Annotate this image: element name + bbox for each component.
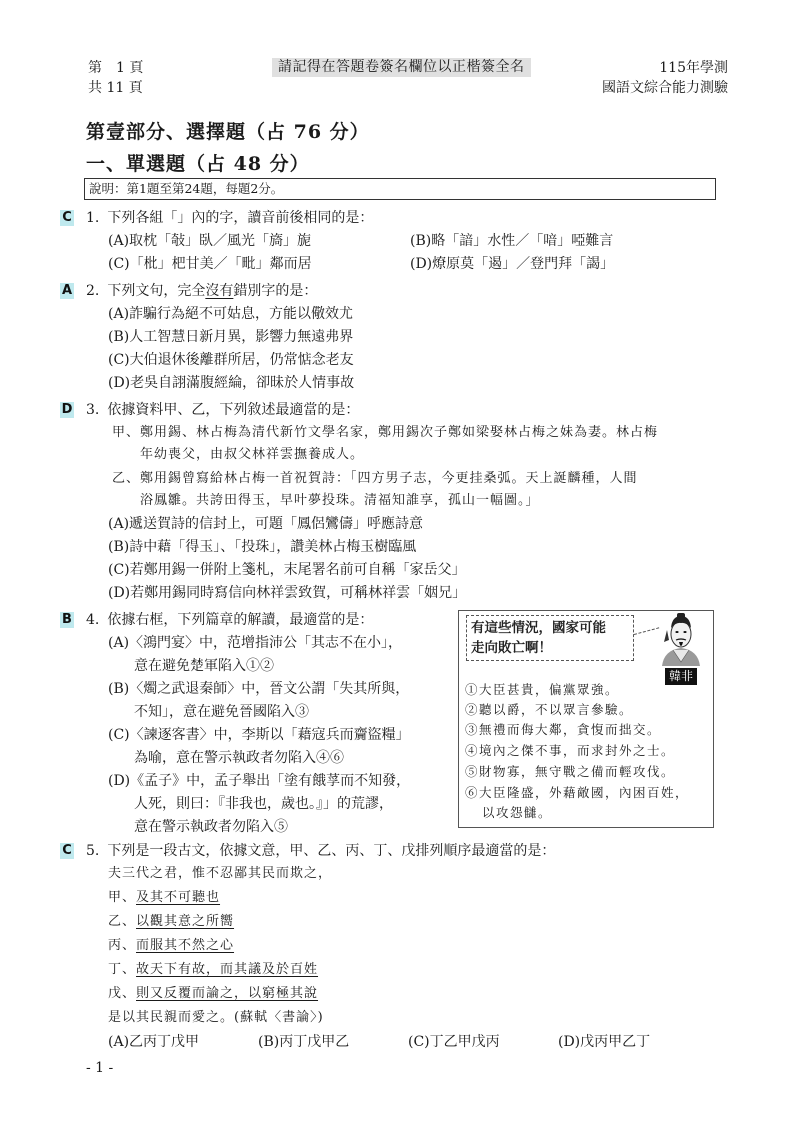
answer-badge: D: [60, 402, 74, 418]
question-2: A 2. 下列文句，完全沒有錯別字的是：: [60, 280, 317, 302]
material-jia-cont: 年幼喪父，由叔父林祥雲撫養成人。: [140, 444, 364, 466]
option-a: (A)詐騙行為絕不可姑息，方能以儆效尤: [108, 303, 353, 325]
question-stem: 下列各組「」內的字，讀音前後相同的是：: [107, 207, 373, 229]
option-b: (B)〈燭之武退秦師〉中，晉文公謂「失其所與，: [108, 678, 409, 700]
line-label: 丙、: [108, 938, 136, 953]
option-c-cont: 為喻，意在警示執政者勿陷入④⑥: [134, 747, 344, 769]
option-c: (C)「枇」杷甘美／「毗」鄰而居: [108, 253, 312, 275]
box-item-3: ③無禮而侮大鄰，貪愎而拙交。: [465, 720, 661, 740]
stem-text: 錯別字的是：: [233, 283, 317, 299]
line-label: 戊、: [108, 986, 136, 1001]
box-item-2: ②聽以爵，不以眾言參驗。: [465, 700, 633, 720]
option-d: (D)戊丙甲乙丁: [558, 1031, 650, 1053]
option-b: (B)詩中藉「得玉」、「投珠」，讚美林占梅玉樹臨風: [108, 536, 416, 558]
option-d: (D)《孟子》中，孟子舉出「塗有餓莩而不知發，: [108, 770, 410, 792]
passage-line-yi: 乙、以觀其意之所嚮: [108, 911, 234, 933]
section-title: 一、單選題（占 48 分）: [86, 149, 310, 176]
line-text: 及其不可聽也: [136, 890, 220, 905]
page-number: - 1 -: [86, 1060, 113, 1076]
box-item-5: ⑤財物寡，無守戰之備而輕攻伐。: [465, 762, 675, 782]
material-yi: 乙、鄭用錫曾寫給林占梅一首祝賀詩：「四方男子志，今更挂桑弧。天上誕麟種，人間: [112, 468, 638, 490]
line-text: 則又反覆而論之，以窮極其說: [136, 986, 318, 1001]
option-b: (B)略「諳」水性／「喑」啞難言: [410, 230, 613, 252]
question-stem: 依據右框，下列篇章的解讀，最適當的是：: [107, 609, 373, 631]
material-yi-cont: 浴鳳雛。共誇田得玉，早叶夢投珠。清福知誰享，孤山一幅圖。」: [140, 490, 540, 512]
total-pages-label: 共 11 頁: [88, 78, 143, 98]
part-title: 第壹部分、選擇題（占 76 分）: [86, 117, 370, 144]
question-number: 4.: [86, 609, 99, 631]
question-4: B 4. 依據右框，下列篇章的解讀，最適當的是：: [60, 609, 373, 631]
line-text: 以觀其意之所嚮: [136, 914, 234, 929]
option-d: (D)老吳自詡滿腹經綸，卻昧於人情事故: [108, 372, 354, 394]
stem-text: 下列文句，完全: [107, 283, 205, 299]
option-b: (B)丙丁戊甲乙: [258, 1031, 349, 1053]
option-c: (C)〈諫逐客書〉中，李斯以「藉寇兵而齎盜糧」: [108, 724, 410, 746]
option-a-cont: 意在避免楚軍陷入①②: [134, 655, 274, 677]
answer-badge: C: [60, 210, 74, 226]
box-item-1: ①大臣甚貴，偏黨眾強。: [465, 680, 619, 700]
line-label: 乙、: [108, 914, 136, 929]
exam-info: 115年學測 國語文綜合能力測驗: [602, 58, 728, 98]
line-label: 丁、: [108, 962, 136, 977]
passage-line-jia: 甲、及其不可聽也: [108, 887, 220, 909]
option-a: (A)取枕「敧」臥／風光「旖」旎: [108, 230, 311, 252]
han-fei-portrait-icon: [658, 612, 704, 666]
speech-bubble: 有這些情況，國家可能 走向敗亡啊！: [466, 615, 634, 661]
box-item-6: ⑥大臣隆盛，外藉敵國，內困百姓，: [465, 783, 689, 803]
option-d: (D)若鄭用錫同時寫信向林祥雲致賀，可稱林祥雲「姻兄」: [108, 582, 466, 604]
option-b: (B)人工智慧日新月異，影響力無遠弗界: [108, 326, 353, 348]
answer-badge: B: [60, 612, 74, 628]
line-label: 甲、: [108, 890, 136, 905]
question-number: 2.: [86, 280, 99, 302]
question-1: C 1. 下列各組「」內的字，讀音前後相同的是：: [60, 207, 373, 229]
option-c: (C)丁乙甲戊丙: [408, 1031, 500, 1053]
question-stem: 下列是一段古文，依據文意，甲、乙、丙、丁、戊排列順序最適當的是：: [107, 840, 555, 862]
speaker-label: 韓非: [665, 668, 697, 685]
question-stem: 依據資料甲、乙，下列敘述最適當的是：: [107, 399, 359, 421]
question-3: D 3. 依據資料甲、乙，下列敘述最適當的是：: [60, 399, 359, 421]
option-d-cont: 人死，則曰：『非我也，歲也。』」的荒謬，: [134, 793, 393, 815]
line-text: 而服其不然之心: [136, 938, 234, 953]
page-info: 第 1 頁 共 11 頁: [88, 58, 143, 98]
option-c: (C)大伯退休後離群所居，仍常惦念老友: [108, 349, 354, 371]
passage-closing: 是以其民親而愛之。(蘇軾〈書論〉): [108, 1007, 324, 1029]
material-jia: 甲、鄭用錫、林占梅為清代新竹文學名家，鄭用錫次子鄭如梁娶林占梅之妹為妻。林占梅: [112, 422, 658, 444]
option-a: (A)乙丙丁戊甲: [108, 1031, 199, 1053]
question-stem: 下列文句，完全沒有錯別字的是：: [107, 280, 317, 302]
option-a: (A)遞送賀詩的信封上，可題「鳳侶鸞儔」呼應詩意: [108, 513, 423, 535]
exam-year: 115年學測: [602, 58, 728, 78]
option-d-cont-2: 意在警示執政者勿陷入⑤: [134, 816, 288, 838]
speech-line: 走向敗亡啊！: [471, 638, 629, 658]
stem-emphasis: 沒有: [205, 283, 233, 299]
passage-line-bing: 丙、而服其不然之心: [108, 935, 234, 957]
question-number: 5.: [86, 840, 99, 862]
line-text: 故天下有故，而其議及於百姓: [136, 962, 318, 977]
answer-badge: A: [60, 283, 74, 299]
passage-line-ding: 丁、故天下有故，而其議及於百姓: [108, 959, 318, 981]
box-item-4: ④境內之傑不事，而求封外之士。: [465, 741, 675, 761]
page-label: 第 1 頁: [88, 58, 143, 78]
answer-badge: C: [60, 843, 74, 859]
option-c: (C)若鄭用錫一併附上箋札，末尾署名前可自稱「家岳父」: [108, 559, 466, 581]
exam-subject: 國語文綜合能力測驗: [602, 78, 728, 98]
instructions-box: 說明：第1題至第24題，每題2分。: [84, 178, 716, 200]
passage-line-wu: 戊、則又反覆而論之，以窮極其說: [108, 983, 318, 1005]
question-number: 1.: [86, 207, 99, 229]
option-a: (A)〈鴻門宴〉中，范增指沛公「其志不在小」，: [108, 632, 402, 654]
passage-opening: 夫三代之君，惟不忍鄙其民而欺之，: [108, 863, 332, 885]
signature-notice: 請記得在答題卷簽名欄位以正楷簽全名: [272, 58, 531, 77]
option-b-cont: 不知」，意在避免晉國陷入③: [134, 701, 309, 723]
box-item-6-cont: 以攻怨讎。: [482, 803, 552, 823]
question-5: C 5. 下列是一段古文，依據文意，甲、乙、丙、丁、戊排列順序最適當的是：: [60, 840, 555, 862]
question-number: 3.: [86, 399, 99, 421]
option-d: (D)燎原莫「遏」／登門拜「謁」: [410, 253, 614, 275]
speech-line: 有這些情況，國家可能: [471, 618, 629, 638]
